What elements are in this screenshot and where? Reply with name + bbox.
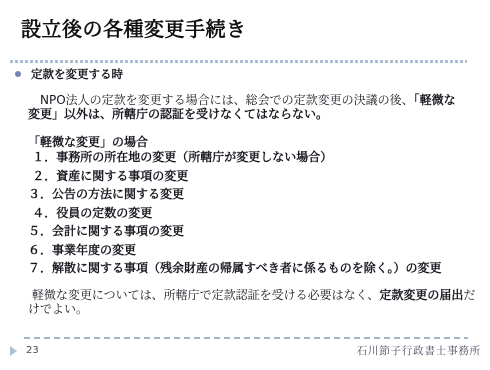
minor-change-item: ４．役員の定数の変更 [28,207,478,220]
presentation-slide: 設立後の各種変更手続き 定款を変更する時 NPO法人の定款を変更する場合には、総… [0,0,490,370]
page-number: 23 [26,345,39,356]
minor-change-item: ７．解散に関する事項（残余財産の帰属すべき者に係るものを除く。）の変更 [28,262,478,275]
bullet-heading-row: 定款を変更する時 [15,66,123,82]
minor-change-item: ３．公告の方法に関する変更 [28,188,478,201]
closing-text-normal-before: 軽微な変更については、所轄庁で定款認証を受ける必要はなく、 [28,288,379,302]
minor-change-item: ２．資産に関する事項の変更 [28,170,478,183]
top-dashed-divider [10,60,467,63]
office-name: 石川節子行政書士事務所 [357,343,481,358]
slide-footer: 23 石川節子行政書士事務所 [10,343,481,358]
minor-change-item: １．事務所の所在地の変更（所轄庁が変更しない場合） [28,151,478,164]
minor-change-item: ５．会計に関する事項の変更 [28,225,478,238]
intro-text-normal: NPO法人の定款を変更する場合には、総会での定款変更の決議の後、 [28,93,414,107]
minor-change-item: ６．事業年度の変更 [28,244,478,257]
bullet-heading: 定款を変更する時 [31,66,123,82]
footer-dashed-divider [24,337,468,339]
closing-paragraph: 軽微な変更については、所轄庁で定款認証を受ける必要はなく、定款変更の届出だけでよ… [28,289,480,316]
right-triangle-icon [10,346,17,356]
minor-change-list: １．事務所の所在地の変更（所轄庁が変更しない場合） ２．資産に関する事項の変更３… [28,151,478,281]
closing-text-emphasis: 定款変更の届出 [379,288,463,302]
circle-bullet-icon [15,71,21,77]
slide-title: 設立後の各種変更手続き [21,13,247,42]
minor-change-heading: 「軽微な変更」の場合 [28,133,148,150]
intro-paragraph: NPO法人の定款を変更する場合には、総会での定款変更の決議の後、「軽微な変更」以… [28,94,462,121]
